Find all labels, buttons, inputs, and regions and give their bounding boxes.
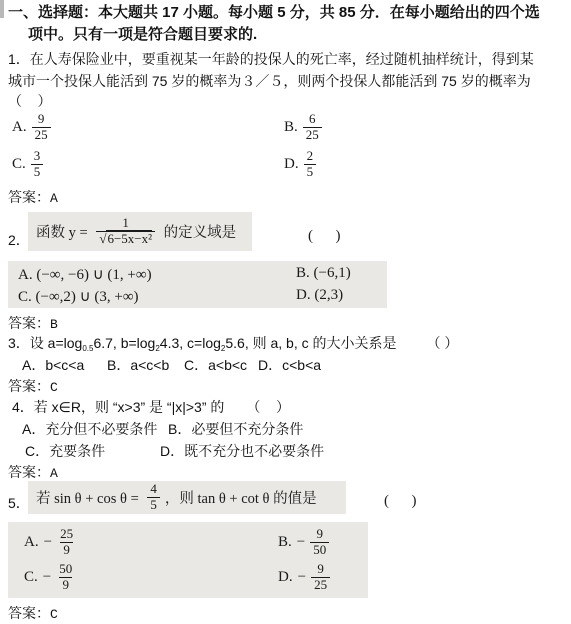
fraction: 25 (304, 149, 317, 179)
minus-sign: − (298, 569, 306, 586)
answer-value: B (50, 317, 58, 332)
fraction: 925 (32, 112, 51, 142)
q5-number: 5． (8, 494, 30, 512)
q2-option-a: A. (−∞, −6) ∪ (1, +∞) (18, 265, 152, 284)
q3-stem: 3．设 a=log0.56.7, b=log24.3, c=log25.6, 则… (8, 334, 458, 358)
q4-option-b: B．必要但不充分条件 (168, 420, 303, 438)
q1-option-b: B. 625 (284, 112, 322, 142)
answer-label: 答案： (8, 378, 50, 394)
q1-stem-line1: 1．在人寿保险业中，要重视某一年龄的投保人的死亡率，经过随机抽样统计，得到某 (8, 50, 534, 68)
log-base: 0.5 (82, 344, 93, 353)
q2-number: 2． (8, 231, 30, 249)
q5-option-b: B.− 950 (278, 527, 329, 557)
fraction: 625 (303, 112, 322, 142)
option-label: D. (284, 156, 299, 173)
q1-answer-bracket: （ ） (8, 92, 52, 110)
q5-option-c: C.− 509 (24, 562, 75, 592)
q2-formula-suffix: 的定义域是 (160, 221, 236, 242)
option-label: A. (12, 119, 27, 136)
q5-answer-line: 答案：C (8, 604, 58, 624)
q2-answer-line: 答案：B (8, 314, 58, 334)
fraction: 259 (57, 527, 76, 557)
q4-answer-line: 答案：A (8, 463, 58, 483)
q4-option-a: A．充分但不必要条件 (22, 420, 157, 438)
minus-sign: − (297, 534, 305, 551)
answer-label: 答案： (8, 464, 50, 480)
q4-option-c: C．充要条件 (25, 442, 105, 460)
answer-label: 答案： (8, 315, 50, 331)
fraction: 925 (311, 562, 330, 592)
q5-formula-image: 若 sin θ + cos θ = 45 ，则 tan θ + cot θ 的值… (28, 481, 346, 514)
q5-formula-suffix: ，则 tan θ + cot θ 的值是 (165, 487, 317, 508)
q4-option-d: D．既不充分也不必要条件 (160, 442, 324, 460)
fraction: 45 (147, 482, 160, 512)
q3-option-b: B．a<c<b (107, 356, 169, 374)
q1-option-c: C. 35 (12, 149, 43, 179)
q2-formula-prefix: 函数 y = (36, 221, 91, 242)
fraction: 950 (310, 527, 329, 557)
answer-label: 答案： (8, 189, 50, 205)
answer-value: A (50, 466, 58, 481)
answer-value: C (50, 607, 58, 622)
exam-document-page: 一、选择题：本大题共 17 小题。每小题 5 分，共 85 分．在每小题给出的四… (0, 0, 571, 624)
q5-option-d: D.− 925 (278, 562, 330, 592)
q2-answer-bracket: ( ) (308, 228, 341, 245)
q2-option-b: B. (−6,1) (296, 265, 351, 282)
minus-sign: − (44, 534, 52, 551)
q5-option-a: A.− 259 (24, 527, 76, 557)
q3-option-d: D．c<b<a (258, 356, 321, 374)
fraction: 35 (31, 149, 44, 179)
q5-answer-bracket: ( ) (384, 493, 417, 510)
q2-option-c: C. (−∞,2) ∪ (3, +∞) (18, 287, 139, 306)
section-header-line2: 项中。只有一项是符合题目要求的. (28, 26, 257, 44)
q3-answer-bracket: （ ） (427, 335, 459, 351)
fraction: 1 √6−5x−x² (96, 216, 155, 246)
q1-option-d: D. 25 (284, 149, 316, 179)
q3-answer-line: 答案：C (8, 377, 58, 397)
option-label: B. (284, 119, 298, 136)
q4-answer-bracket: （ ） (246, 399, 290, 415)
q5-formula-prefix: 若 sin θ + cos θ = (36, 487, 142, 508)
sqrt-expression: √6−5x−x² (96, 231, 155, 247)
q2-option-d: D. (2,3) (296, 287, 343, 304)
option-label: C. (12, 156, 26, 173)
window-edge-artifact (0, 0, 4, 18)
minus-sign: − (43, 569, 51, 586)
fraction: 509 (56, 562, 75, 592)
q1-answer-line: 答案：A (8, 188, 58, 208)
answer-label: 答案： (8, 605, 50, 621)
radicand: 6−5x−x² (106, 230, 152, 246)
section-header-line1: 一、选择题：本大题共 17 小题。每小题 5 分，共 85 分．在每小题给出的四… (8, 4, 540, 22)
q1-stem-line2: 城市一个投保人能活到 75 岁的概率为３／５，则两个投保人都能活到 75 岁的概… (8, 72, 531, 90)
answer-value: A (50, 191, 58, 206)
q3-option-a: A．b<c<a (22, 356, 84, 374)
q4-stem: 4．若 x∈R，则 “x>3” 是 “|x|>3” 的（ ） (12, 398, 290, 416)
q3-option-c: C．a<b<c (184, 356, 247, 374)
answer-value: C (50, 380, 58, 395)
q2-formula-image: 函数 y = 1 √6−5x−x² 的定义域是 (28, 212, 252, 251)
q1-option-a: A. 925 (12, 112, 51, 142)
